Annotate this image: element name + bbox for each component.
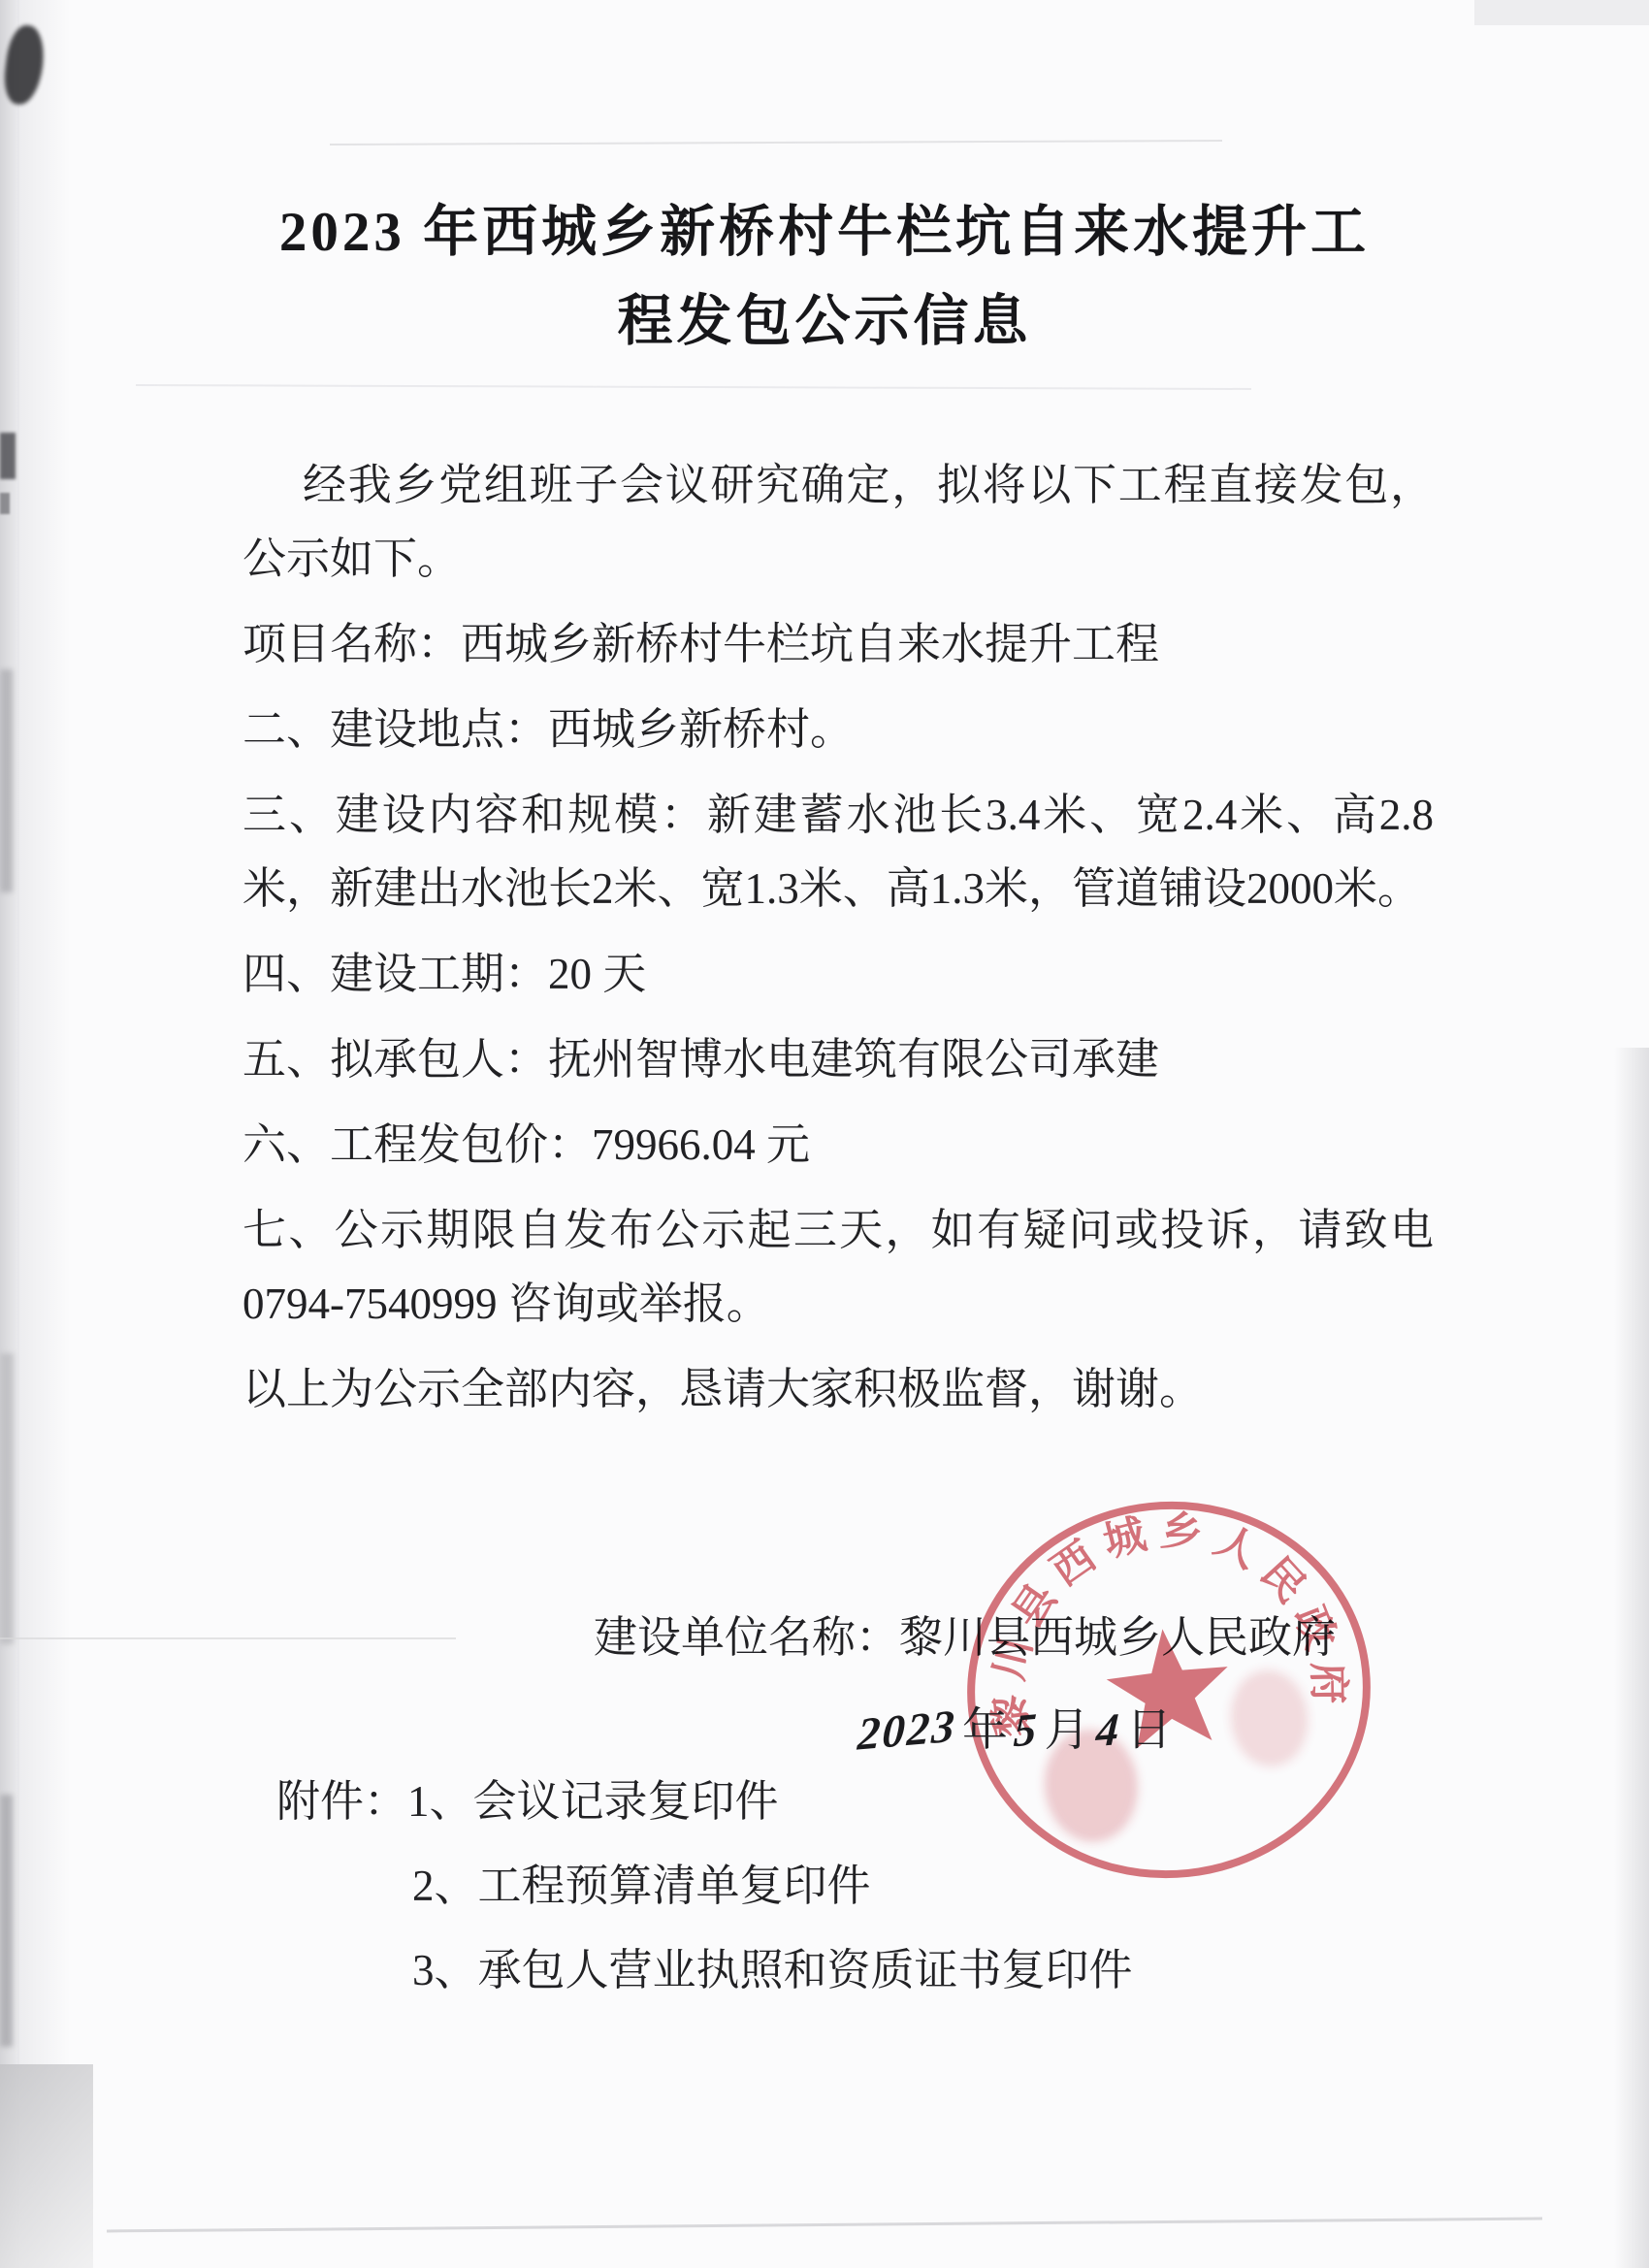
scan-artifact	[0, 1795, 13, 2047]
date-year-unit: 年	[962, 1705, 1008, 1756]
scan-edge-shadow-right	[1614, 1048, 1649, 2268]
scan-corner-shadow	[0, 2064, 93, 2268]
scan-artifact	[0, 493, 10, 514]
document-title-line2: 程发包公示信息	[145, 277, 1503, 367]
body-paragraph-publicity-period: 七、公示期限自发布公示起三天，如有疑问或投诉，请致电 0794-7540999 …	[242, 1193, 1434, 1341]
scan-edge-fade-left	[17, 0, 71, 2268]
body-paragraph-project-name: 项目名称：西城乡新桥村牛栏坑自来水提升工程	[242, 607, 1434, 681]
document-title: 2023 年西城乡新桥村牛栏坑自来水提升工 程发包公示信息	[145, 188, 1503, 367]
body-paragraph-intro: 经我乡党组班子会议研究确定，拟将以下工程直接发包，公示如下。	[242, 448, 1434, 596]
body-paragraph-duration: 四、建设工期：20 天	[242, 937, 1434, 1011]
attachment-item-1: 1、会议记录复印件	[407, 1777, 779, 1826]
seal-ink-smudge	[1226, 1666, 1313, 1770]
attachments-list: 附件：1、会议记录复印件 2、工程预算清单复印件 3、承包人营业执照和资质证书复…	[276, 1760, 1133, 2013]
date-day-unit: 日	[1126, 1705, 1172, 1756]
document-body: 经我乡党组班子会议研究确定，拟将以下工程直接发包，公示如下。 项目名称：西城乡新…	[242, 448, 1434, 1438]
scan-edge-shadow-top	[1474, 0, 1649, 25]
body-paragraph-location: 二、建设地点：西城乡新桥村。	[242, 693, 1434, 766]
attachment-item-3: 3、承包人营业执照和资质证书复印件	[412, 1928, 1133, 2013]
date-month-handwritten: 5	[1013, 1702, 1040, 1760]
attachment-item: 附件：1、会议记录复印件	[276, 1760, 1133, 1844]
scan-artifact	[0, 1353, 14, 1644]
document-title-line1: 2023 年西城乡新桥村牛栏坑自来水提升工	[145, 188, 1503, 277]
date-day-handwritten: 4	[1094, 1702, 1121, 1760]
body-paragraph-scope: 三、建设内容和规模：新建蓄水池长3.4米、宽2.4米、高2.8米，新建出水池长2…	[242, 778, 1434, 925]
attachments-label: 附件：	[276, 1777, 407, 1826]
attachment-item-2: 2、工程预算清单复印件	[412, 1844, 1133, 1928]
scanned-document-page: 2023 年西城乡新桥村牛栏坑自来水提升工 程发包公示信息 经我乡党组班子会议研…	[0, 0, 1649, 2268]
body-paragraph-closing: 以上为公示全部内容，恳请大家积极监督，谢谢。	[242, 1352, 1434, 1426]
scan-artifact	[0, 433, 16, 479]
date-line: 2023年5月4日	[852, 1703, 1172, 1758]
scan-artifact	[0, 669, 13, 892]
date-month-unit: 月	[1045, 1705, 1090, 1756]
crease-line	[107, 2218, 1542, 2233]
crease-line	[0, 1637, 456, 1639]
date-year-handwritten: 2023	[857, 1699, 958, 1762]
crease-line	[330, 140, 1222, 146]
crease-line	[136, 384, 1251, 390]
body-paragraph-price: 六、工程发包价：79966.04 元	[242, 1108, 1434, 1182]
body-paragraph-contractor: 五、拟承包人：抚州智博水电建筑有限公司承建	[242, 1022, 1434, 1096]
